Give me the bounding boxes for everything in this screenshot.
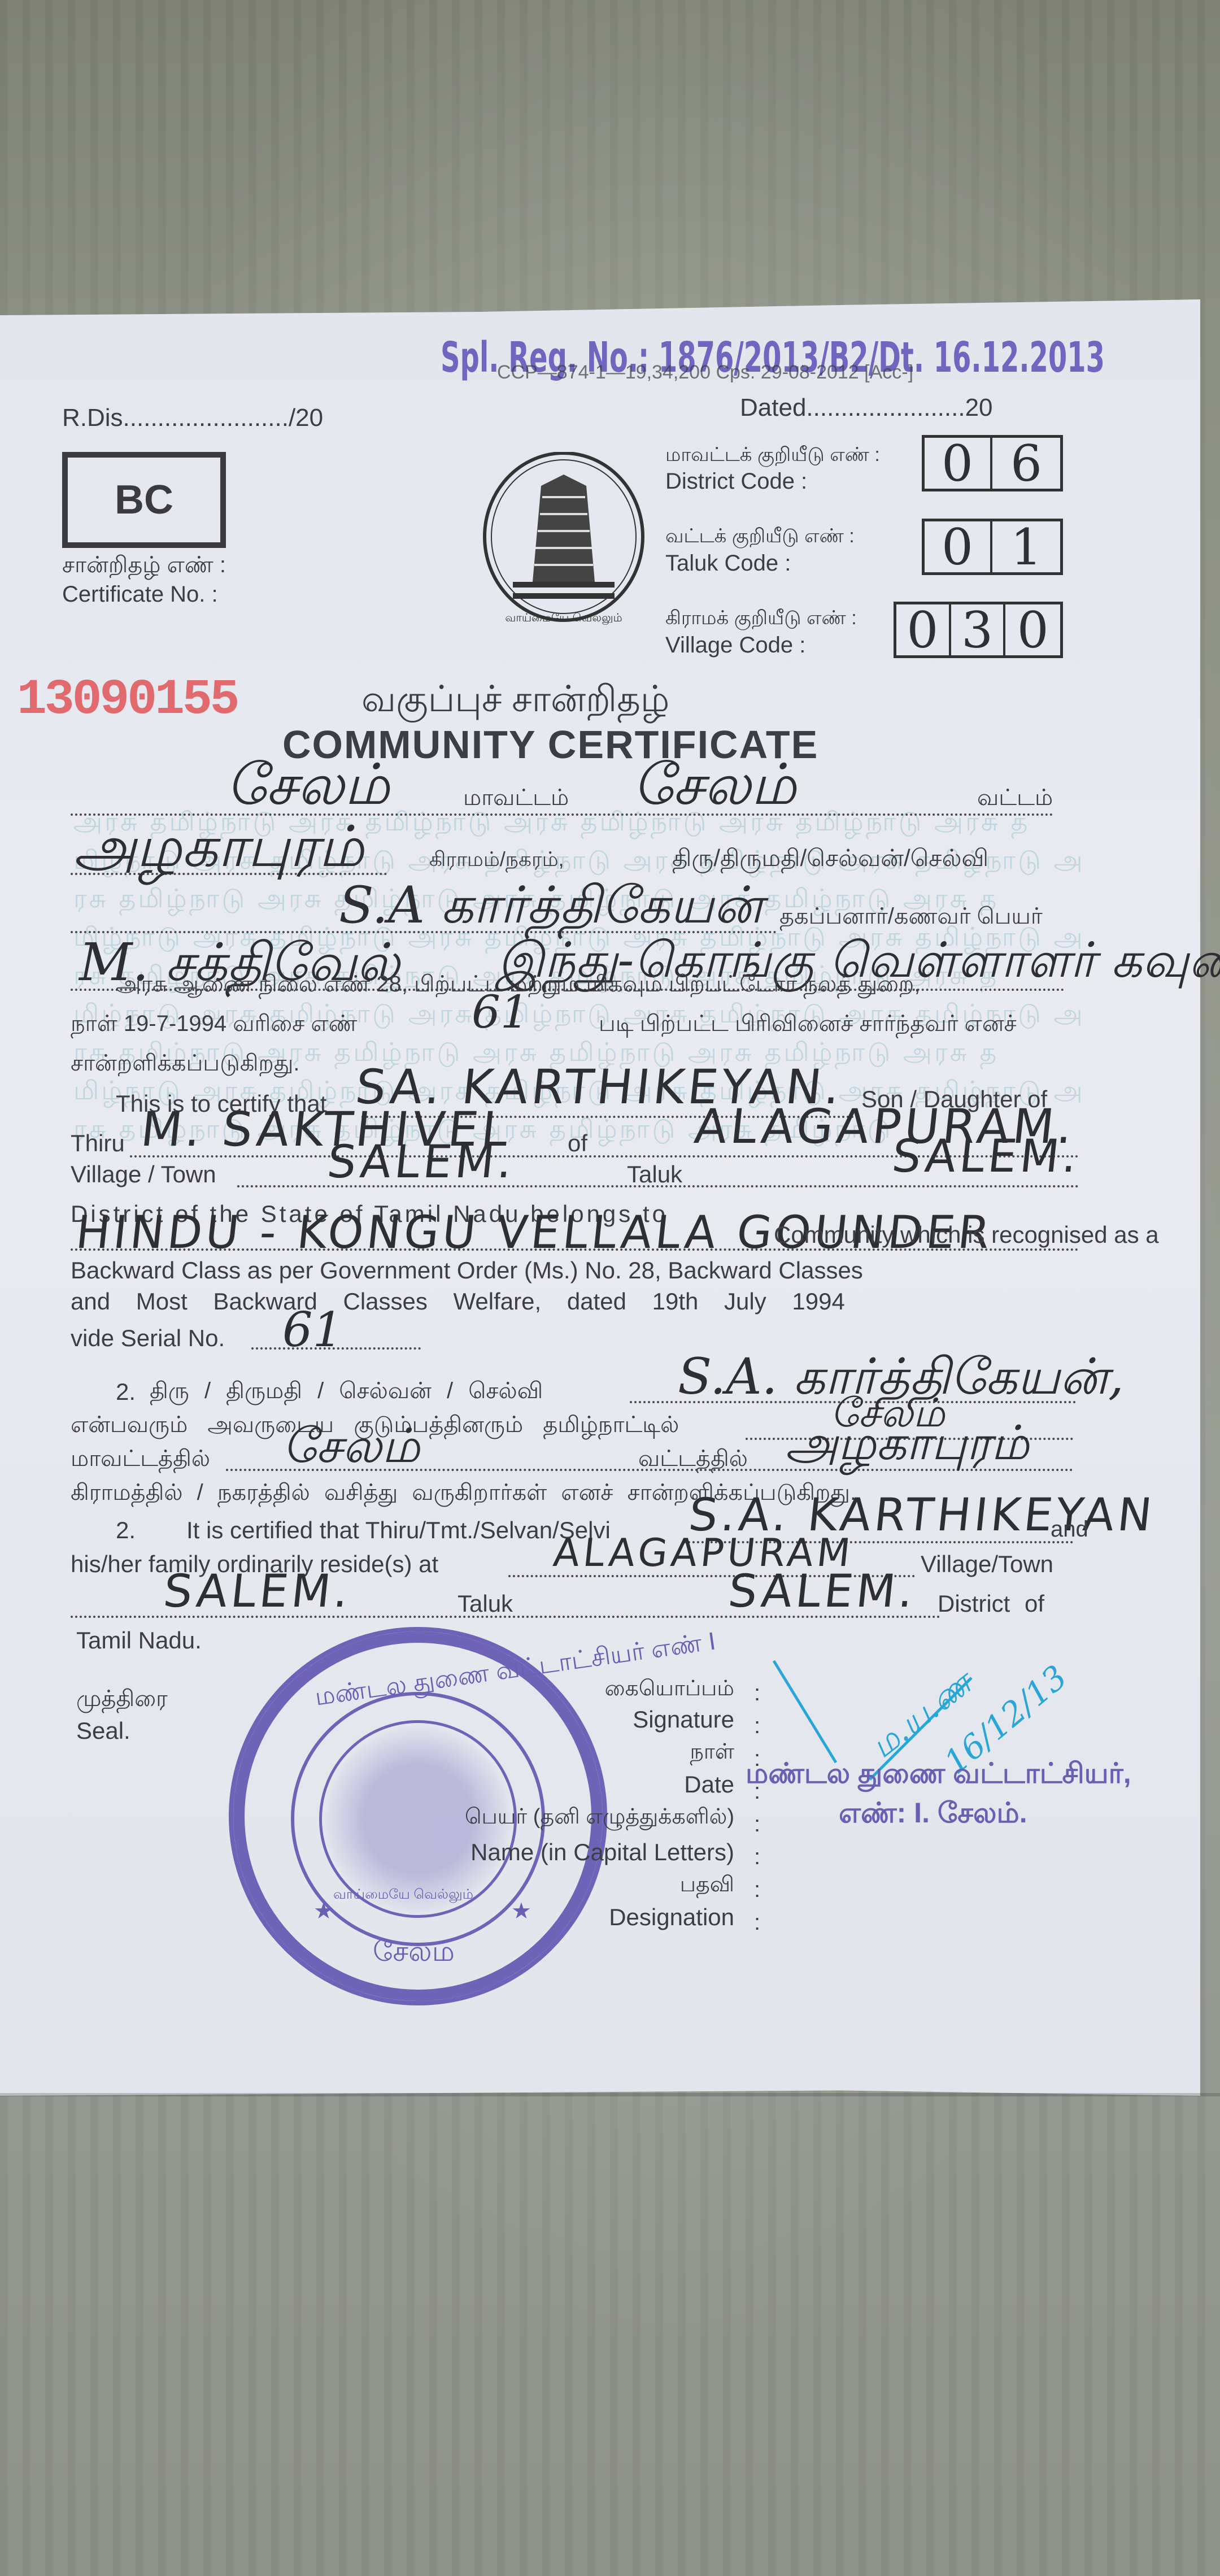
date-line-suffix-ta: படி பிற்பட்ட பிரிவினைச் சார்ந்தவர் எனச் bbox=[599, 1011, 1017, 1039]
signature-label-ta: கையொப்பம் bbox=[587, 1677, 734, 1704]
title-tamil: வகுப்புச் சான்றிதழ் bbox=[361, 678, 669, 725]
village-code-label: Village Code : bbox=[665, 633, 805, 658]
taluk-label-ta: வட்டம் bbox=[977, 785, 1053, 813]
colon-column: : : : : : : : : bbox=[754, 1677, 765, 1939]
colon: : bbox=[754, 1709, 765, 1742]
district-handwritten: SALEM. bbox=[890, 1130, 1083, 1182]
serial-handwritten: 61 bbox=[282, 1302, 343, 1357]
tamil-nadu-emblem-icon: வாய்மையே வெல்லும் bbox=[479, 452, 648, 633]
village-handwritten-residence-ta: அழகாபுரம் bbox=[785, 1415, 1029, 1477]
of-label: of bbox=[568, 1130, 587, 1157]
certified-line-ta: சான்றளிக்கப்படுகிறது. bbox=[71, 1051, 300, 1079]
village-handwritten-ta: அழகாபுரம் bbox=[73, 813, 364, 887]
order-line-1: Backward Class as per Government Order (… bbox=[71, 1257, 863, 1284]
seal-bottom-text: சேலம் bbox=[373, 1935, 455, 1972]
father-label-ta: தகப்பனார்/கணவர் பெயர் bbox=[779, 904, 1043, 932]
village-code-digit: 0 bbox=[896, 604, 951, 655]
dated-field: Dated.......................20 bbox=[740, 394, 993, 422]
certificate-serial-number: 13090155 bbox=[17, 672, 237, 728]
printed-reference: CCP—874-1—19,34,200 Cps. 29-08-2012 [Acc… bbox=[497, 362, 913, 384]
order-line-2: and Most Backward Classes Welfare, dated… bbox=[71, 1288, 845, 1315]
colon: : bbox=[754, 1840, 765, 1873]
colon: : bbox=[754, 1873, 765, 1906]
taluk-handwritten-residence: SALEM. bbox=[161, 1565, 354, 1617]
vide-serial-label: vide Serial No. bbox=[71, 1325, 225, 1352]
residence-line1: It is certified that Thiru/Tmt./Selvan/S… bbox=[186, 1517, 611, 1544]
seal-label-ta: முத்திரை bbox=[76, 1686, 168, 1715]
state-name: Tamil Nadu. bbox=[76, 1627, 202, 1654]
district-code-label: District Code : bbox=[665, 469, 807, 494]
village-town-label: Village / Town bbox=[71, 1161, 216, 1188]
paper-edge-shadow bbox=[0, 2093, 1220, 2096]
district-code-label-ta: மாவட்டக் குறியீடு எண் : bbox=[665, 444, 880, 468]
district-label-residence: District of bbox=[938, 1590, 1044, 1617]
seal-motto: வாய்மையே வெல்லும் bbox=[333, 1887, 473, 1904]
district-handwritten-residence-ta: சேலம் bbox=[282, 1418, 420, 1480]
officer-designation-stamp: மண்டல துணை வட்டாட்சியர், bbox=[746, 1757, 1131, 1794]
svg-text:வாய்மையே வெல்லும்: வாய்மையே வெல்லும் bbox=[505, 611, 622, 625]
district-label-ta: மாவட்டம் bbox=[463, 785, 569, 813]
district-code-digit: 0 bbox=[925, 438, 992, 489]
village-code-box: 0 3 0 bbox=[894, 602, 1063, 658]
category-badge: BC bbox=[62, 452, 226, 548]
taluk-code-label-ta: வட்டக் குறியீடு எண் : bbox=[665, 525, 855, 550]
taluk-code-label: Taluk Code : bbox=[665, 551, 791, 576]
community-suffix: Community which is recognised as a bbox=[774, 1221, 1159, 1248]
star-icon: ★ bbox=[511, 1898, 531, 1924]
taluk-label-residence-ta: வட்டத்தில் bbox=[638, 1446, 748, 1474]
district-handwritten-residence: SALEM. bbox=[726, 1565, 919, 1617]
district-code-box: 0 6 bbox=[922, 435, 1063, 491]
serial-handwritten-ta: 61 bbox=[472, 986, 529, 1038]
date-line-prefix-ta: நாள் 19-7-1994 வரிசை எண் bbox=[71, 1011, 358, 1039]
designation-label-ta: பதவி bbox=[587, 1873, 734, 1900]
taluk-code-digit: 1 bbox=[992, 521, 1060, 572]
certificate-no-label: Certificate No. : bbox=[62, 582, 218, 607]
taluk-code-digit: 0 bbox=[925, 521, 992, 572]
certificate-no-label-ta: சான்றிதழ் எண் : bbox=[62, 552, 226, 581]
thiru-label: Thiru bbox=[71, 1130, 125, 1157]
r-dis-field: R.Dis......................../20 bbox=[62, 404, 323, 432]
village-town-label-residence: Village/Town bbox=[921, 1551, 1053, 1578]
star-icon: ★ bbox=[313, 1898, 334, 1924]
category-label: BC bbox=[115, 477, 173, 523]
village-code-label-ta: கிராமக் குறியீடு எண் : bbox=[665, 607, 857, 632]
signature-label: Signature bbox=[587, 1706, 734, 1733]
district-label-residence-ta: மாவட்டத்தில் bbox=[71, 1446, 210, 1474]
taluk-handwritten-ta: சேலம் bbox=[633, 751, 796, 825]
colon: : bbox=[754, 1808, 765, 1840]
date-label: Date bbox=[587, 1771, 734, 1798]
honorifics-residence-ta: திரு / திருமதி / செல்வன் / செல்வி bbox=[150, 1378, 543, 1407]
taluk-code-box: 0 1 bbox=[922, 519, 1063, 575]
village-label-ta: கிராமம்/நகரம், bbox=[429, 847, 564, 874]
colon: : bbox=[754, 1677, 765, 1709]
officer-office-stamp: எண்: I. சேலம். bbox=[839, 1796, 1027, 1833]
seal-label: Seal. bbox=[76, 1717, 130, 1744]
designation-label: Designation bbox=[587, 1904, 734, 1931]
colon: : bbox=[754, 1906, 765, 1939]
and-label: and bbox=[1051, 1517, 1088, 1542]
residence-number-ta: 2. bbox=[116, 1378, 136, 1406]
taluk-label: Taluk bbox=[627, 1161, 682, 1188]
residence-number: 2. bbox=[116, 1517, 136, 1544]
taluk-label-residence: Taluk bbox=[457, 1590, 513, 1617]
village-code-digit: 3 bbox=[951, 604, 1006, 655]
name-label: Name (in Capital Letters) bbox=[339, 1839, 734, 1866]
taluk-handwritten: SALEM. bbox=[325, 1135, 518, 1188]
honorifics-ta: திரு/திருமதி/செல்வன்/செல்வி bbox=[672, 845, 988, 875]
name-label-ta: பெயர் (தனி எழுத்துக்களில்) bbox=[339, 1805, 734, 1832]
village-code-digit: 0 bbox=[1005, 604, 1060, 655]
district-code-digit: 6 bbox=[992, 438, 1060, 489]
date-label-ta: நாள் bbox=[587, 1740, 734, 1767]
